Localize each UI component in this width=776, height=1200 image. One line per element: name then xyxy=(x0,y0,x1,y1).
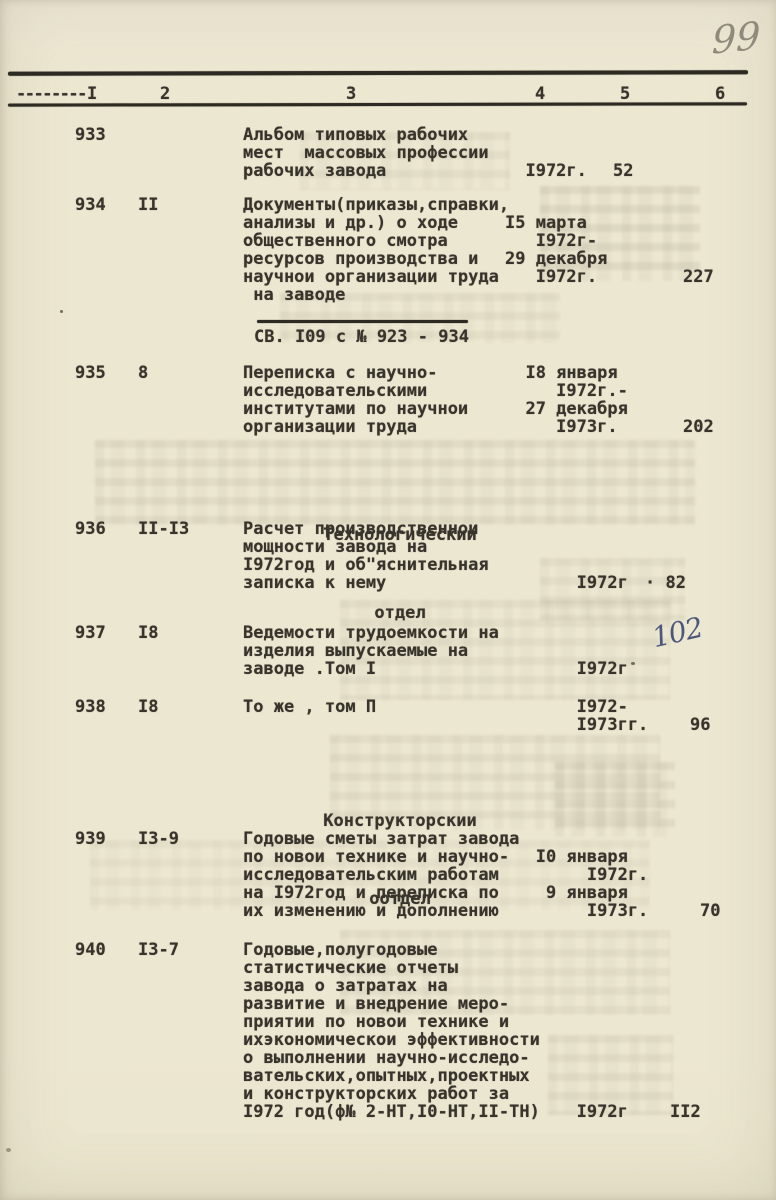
column-number: 3 xyxy=(346,85,356,103)
entry-title-cell: Переписка с научно- исследовательскими и… xyxy=(243,364,468,436)
entry-number-cell: 935 xyxy=(75,364,106,382)
bundle-note-rule xyxy=(257,320,468,323)
entry-title-cell: Альбом типовых рабочих мест массовых про… xyxy=(243,126,489,180)
column-number: I xyxy=(87,85,97,103)
entry-index-cell: I3-9 xyxy=(138,830,179,848)
scanned-page: 99 -------- I 2 3 4 5 6 СВ. I09 с № 923 … xyxy=(0,0,776,1200)
entry-number-cell: 936 xyxy=(75,520,106,538)
entry-pages-cell: 70 xyxy=(700,902,720,920)
entry-number-cell: 934 xyxy=(75,196,106,214)
table-rule-top xyxy=(8,70,748,76)
column-number: 6 xyxy=(715,85,725,103)
column-number: 2 xyxy=(160,85,170,103)
entry-dates-cell: I0 января I972г. 9 января I973г. xyxy=(505,830,648,920)
ink-speck xyxy=(60,310,63,313)
bundle-note: СВ. I09 с № 923 - 934 xyxy=(254,328,469,346)
entry-title-cell: Годовые,полугодовые статистические отчет… xyxy=(243,941,540,1121)
entry-number-cell: 940 xyxy=(75,941,106,959)
entry-pages-cell: 96 xyxy=(690,716,710,734)
entry-number-cell: 933 xyxy=(75,126,106,144)
entry-pages-cell: 52 xyxy=(613,162,633,180)
handwritten-note: 102 xyxy=(649,611,706,655)
entry-index-cell: I3-7 xyxy=(138,941,179,959)
bleed-through-ghost xyxy=(555,762,675,837)
entry-pages-cell: 227 xyxy=(683,268,714,286)
header-dashes: -------- xyxy=(16,85,86,103)
entry-dates-cell: I8 января I972г.- 27 декабря I973г. xyxy=(505,364,628,436)
entry-index-cell: I8 xyxy=(138,698,158,716)
entry-index-cell: I8 xyxy=(138,624,158,642)
entry-title-cell: Ведемости трудоемкости на изделия выпуск… xyxy=(243,624,499,678)
column-number: 4 xyxy=(535,85,545,103)
handwritten-page-number: 99 xyxy=(711,13,761,62)
entry-pages-cell: II2 xyxy=(670,1103,701,1121)
entry-dates-cell: I972г xyxy=(505,520,628,592)
entry-pages-cell: · 82 xyxy=(645,574,686,592)
entry-title-cell: Годовые сметы затрат завода по новои тех… xyxy=(243,830,519,920)
entry-index-cell: 8 xyxy=(138,364,148,382)
table-rule-header-bottom xyxy=(8,102,747,106)
column-number: 5 xyxy=(620,85,630,103)
entry-dates-cell: I972г xyxy=(505,624,628,678)
ink-speck xyxy=(631,662,635,665)
entry-dates-cell: I972г. xyxy=(505,126,587,180)
entry-title-cell: Расчет производственнои мощности завода … xyxy=(243,520,489,592)
entry-number-cell: 937 xyxy=(75,624,106,642)
ink-speck xyxy=(6,1148,11,1152)
entry-number-cell: 938 xyxy=(75,698,106,716)
entry-pages-cell: 202 xyxy=(683,418,714,436)
entry-dates-cell: I972г xyxy=(505,941,628,1121)
entry-number-cell: 939 xyxy=(75,830,106,848)
entry-index-cell: II-I3 xyxy=(138,520,189,538)
entry-title-cell: То же , том П xyxy=(243,698,376,716)
entry-dates-cell: I5 марта I972г- 29 декабря I972г. xyxy=(505,196,607,286)
entry-dates-cell: I972- I973гг. xyxy=(505,698,648,734)
entry-index-cell: II xyxy=(138,196,158,214)
entry-title-cell: Документы(приказы,справки, анализы и др.… xyxy=(243,196,509,304)
